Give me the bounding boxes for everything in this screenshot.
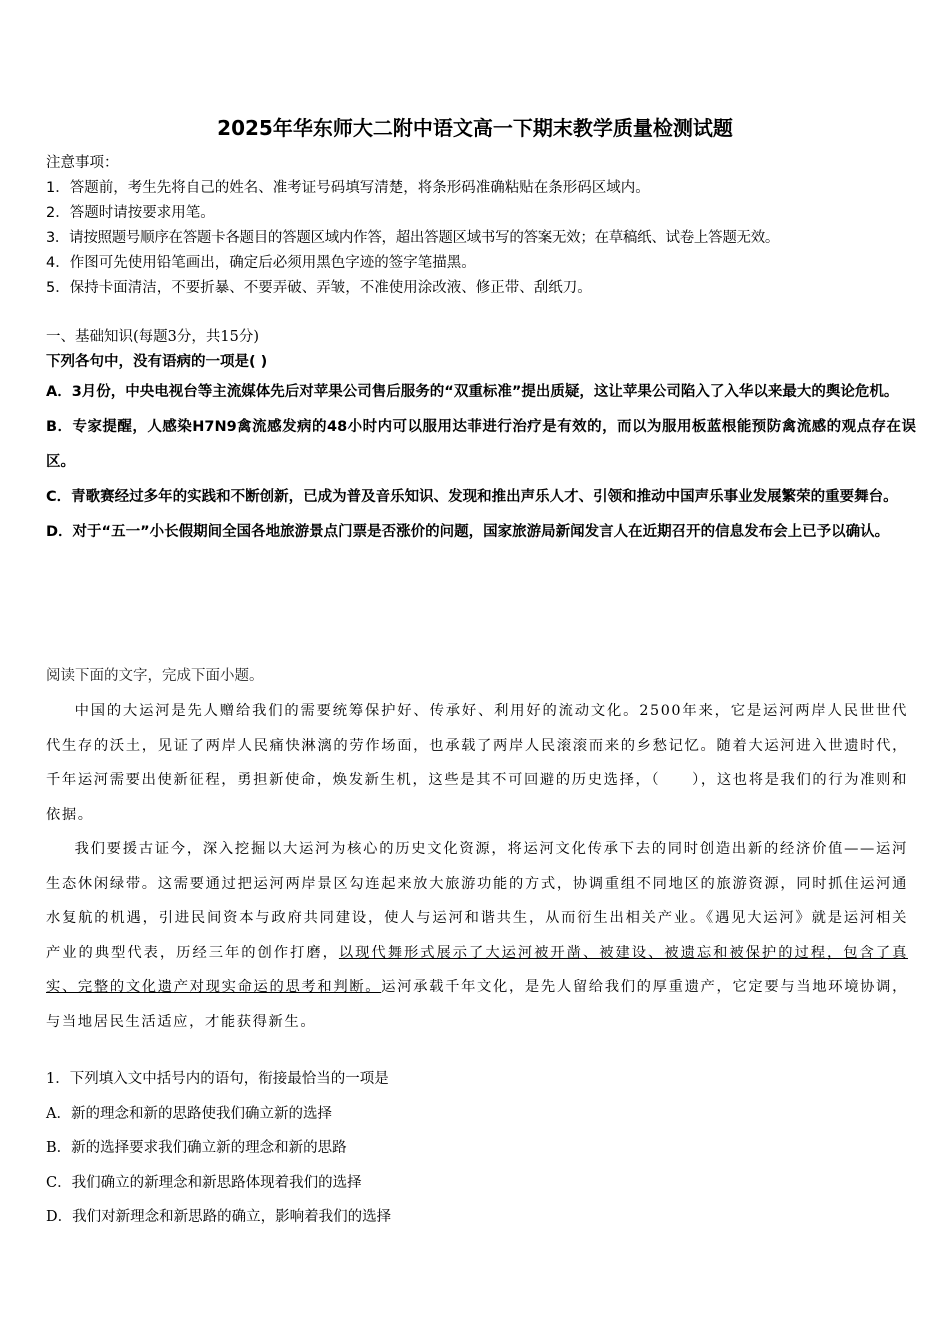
note-item: 2．答题时请按要求用笔。 [46,201,916,226]
reading-passage: 中国的大运河是先人赠给我们的需要统筹保护好、传承好、利用好的流动文化。2500年… [46,694,908,1039]
question-1: 1．下列填入文中括号内的语句，衔接最恰当的一项是 A．新的理念和新的思路使我们确… [46,1062,916,1235]
note-item: 5．保持卡面清洁，不要折暴、不要弄破、弄皱，不准使用涂改液、修正带、刮纸刀。 [46,276,916,301]
notes-section: 注意事项： 1．答题前，考生先将自己的姓名、准考证号码填写清楚，将条形码准确粘贴… [46,151,916,301]
note-item: 4．作图可先使用铅笔画出，确定后必须用黑色字迹的签字笔描黑。 [46,251,916,276]
question-1-option-b: B．新的选择要求我们确立新的理念和新的思路 [46,1131,916,1166]
question-1-option-d: D．我们对新理念和新思路的确立，影响着我们的选择 [46,1200,916,1235]
note-item: 3．请按照题号顺序在答题卡各题目的答题区域内作答，超出答题区域书写的答案无效；在… [46,226,916,251]
question-stem: 下列各句中，没有语病的一项是( ) [46,350,916,375]
section-basic-knowledge: 一、基础知识(每题3分，共15分) 下列各句中，没有语病的一项是( ) A．3月… [46,325,916,550]
question-1-option-c: C．我们确立的新理念和新思路体现着我们的选择 [46,1166,916,1201]
option-c: C．青歌赛经过多年的实践和不断创新，已成为普及音乐知识、发现和推出声乐人才、引领… [46,480,916,515]
reading-intro: 阅读下面的文字，完成下面小题。 [46,664,264,689]
passage-paragraph-2: 我们要援古证今，深入挖掘以大运河为核心的历史文化资源，将运河文化传承下去的同时创… [46,832,908,1039]
option-b: B．专家提醒，人感染H7N9禽流感发病的48小时内可以服用达菲进行治疗是有效的，… [46,410,916,480]
option-a: A．3月份，中央电视台等主流媒体先后对苹果公司售后服务的“双重标准”提出质疑，这… [46,375,916,410]
document-title: 2025年华东师大二附中语文高一下期末教学质量检测试题 [0,112,950,141]
question-1-option-a: A．新的理念和新的思路使我们确立新的选择 [46,1097,916,1132]
notes-heading: 注意事项： [46,151,916,176]
section-heading: 一、基础知识(每题3分，共15分) [46,325,916,350]
option-d: D．对于“五一”小长假期间全国各地旅游景点门票是否涨价的问题，国家旅游局新闻发言… [46,515,916,550]
exam-page: 2025年华东师大二附中语文高一下期末教学质量检测试题 注意事项： 1．答题前，… [0,0,950,1344]
passage-paragraph-1: 中国的大运河是先人赠给我们的需要统筹保护好、传承好、利用好的流动文化。2500年… [46,694,908,832]
passage-text: 我们要援古证今，深入挖掘以大运河为核心的历史文化资源，将运河文化传承下去的同时创… [46,841,908,961]
question-1-stem: 1．下列填入文中括号内的语句，衔接最恰当的一项是 [46,1062,916,1097]
note-item: 1．答题前，考生先将自己的姓名、准考证号码填写清楚，将条形码准确粘贴在条形码区域… [46,176,916,201]
